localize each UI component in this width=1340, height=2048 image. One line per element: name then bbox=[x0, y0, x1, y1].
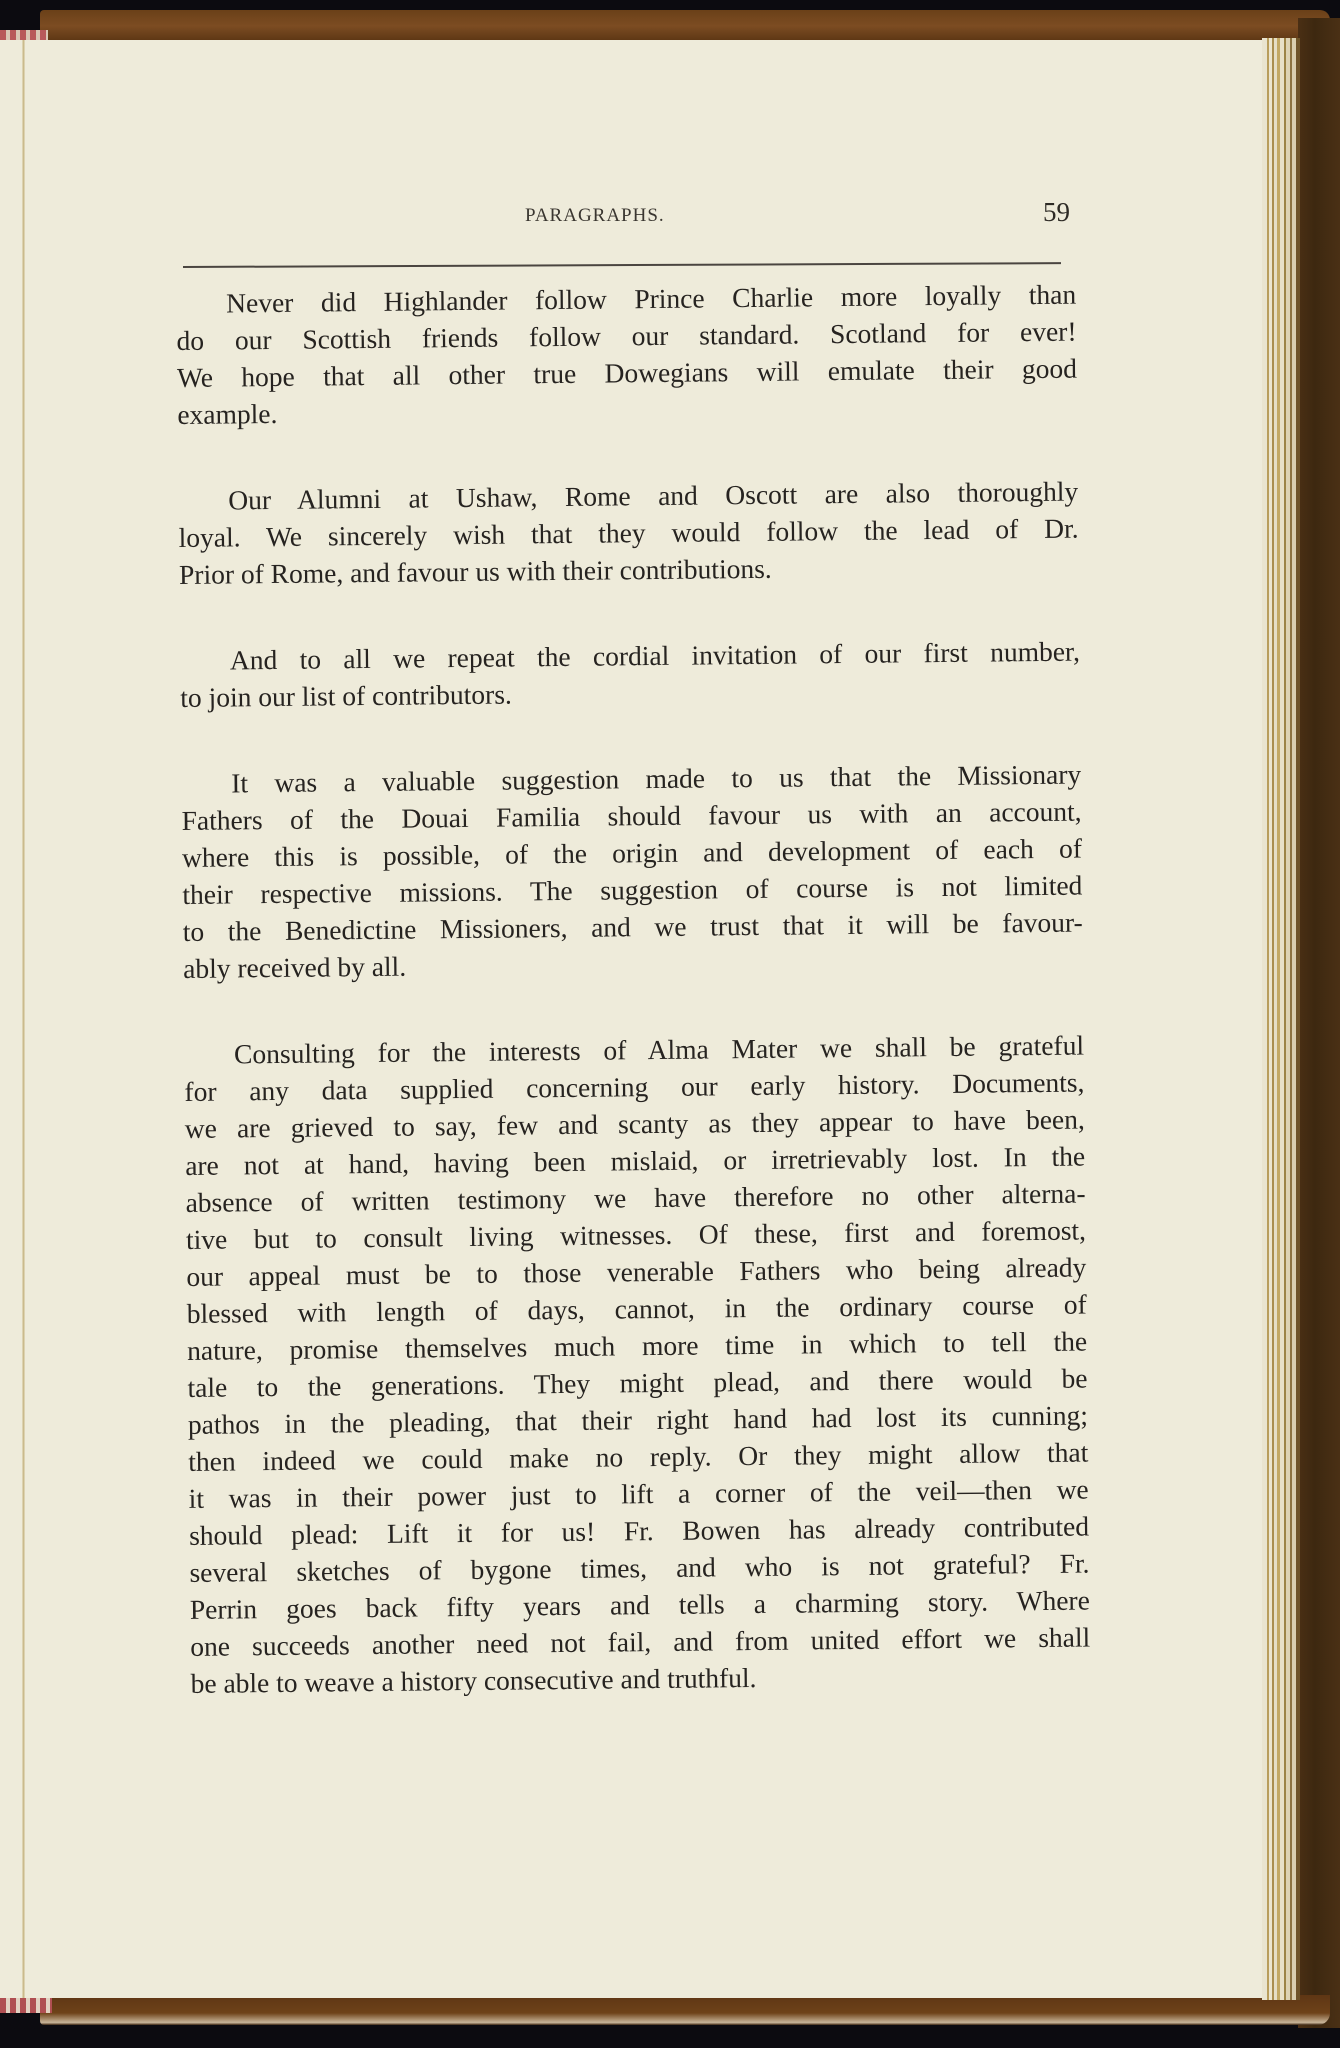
body-text: Never did Highlander follow Prince Charl… bbox=[176, 276, 1091, 1702]
page-header: PARAGRAPHS. 59 bbox=[180, 195, 1070, 235]
book-cover-right-edge bbox=[1298, 18, 1340, 2028]
book-cover-top-edge bbox=[40, 10, 1330, 42]
paragraph-alumni: Our Alumni at Ushaw, Rome and Oscott are… bbox=[178, 473, 1079, 593]
paragraph-invitation: And to all we repeat the cordial invitat… bbox=[180, 633, 1081, 716]
paragraph-scotland: Never did Highlander follow Prince Charl… bbox=[176, 276, 1078, 433]
running-head: PARAGRAPHS. bbox=[525, 205, 665, 227]
book-cover-bottom-edge bbox=[40, 1995, 1330, 2025]
paragraph-history: Consulting for the interests of Alma Mat… bbox=[184, 1027, 1091, 1702]
gutter-fold bbox=[22, 40, 25, 1998]
headband-bottom bbox=[0, 1997, 52, 2013]
page-edges bbox=[1262, 38, 1300, 2000]
paragraph-missions: It was a valuable suggestion made to us … bbox=[181, 756, 1083, 987]
page-number: 59 bbox=[1043, 197, 1070, 228]
